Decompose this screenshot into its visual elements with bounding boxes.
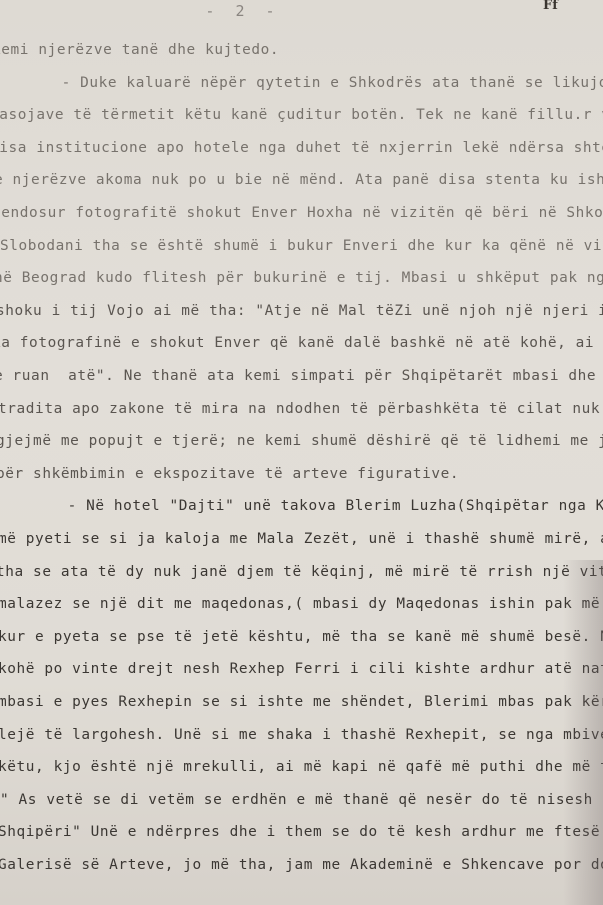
text-line: disa institucione apo hotele nga duhet t… [0, 141, 603, 155]
text-line: për shkëmbimin e ekspozitave të arteve f… [0, 467, 459, 481]
text-line: lejë të largohesh. Unë si me shaka i tha… [0, 728, 603, 742]
text-line: e njerëzve akoma nuk po u bie në mënd. A… [0, 173, 603, 187]
text-line: gjejmë me popujt e tjerë; ne kemi shumë … [0, 434, 603, 448]
text-line: në Beograd kudo flitesh për bukurinë e t… [0, 271, 603, 285]
text-line: " As vetë se di vetëm se erdhën e më tha… [0, 793, 603, 807]
text-line: Shqipëri" Unë e ndërpres dhe i them se d… [0, 825, 603, 839]
text-line: malazez se një dit me maqedonas,( mbasi … [0, 597, 603, 611]
text-line: tha se ata të dy nuk janë djem të këqinj… [0, 565, 603, 579]
typewritten-page: - 2 - Ff kemi njerëzve tanë dhe kujtedo.… [0, 0, 603, 905]
text-line: më pyeti se si ja kaloja me Mala Zezët, … [0, 532, 603, 546]
handwritten-corner-mark: Ff [543, 0, 558, 13]
text-line: shoku i tij Vojo ai më tha: "Atje në Mal… [0, 304, 603, 318]
text-line: - Në hotel "Dajti" unë takova Blerim Luz… [12, 499, 603, 513]
text-line: ka fotografinë e shokut Enver që kanë da… [0, 336, 603, 350]
text-line: Galerisë së Arteve, jo më tha, jam me Ak… [0, 858, 603, 872]
text-line: Slobodani tha se është shumë i bukur Env… [0, 239, 603, 253]
text-line: pasojave të tërmetit këtu kanë çuditur b… [0, 108, 603, 122]
page-number: - 2 - [0, 2, 486, 20]
text-line: kur e pyeta se pse të jetë kështu, më th… [0, 630, 603, 644]
text-line: kemi njerëzve tanë dhe kujtedo. [0, 43, 279, 57]
text-line: tradita apo zakone të mira na ndodhen të… [0, 402, 603, 416]
text-line: këtu, kjo është një mrekulli, ai më kapi… [0, 760, 603, 774]
text-line: - Duke kaluarë nëpër qytetin e Shkodrës … [6, 76, 603, 90]
text-line: mbasi e pyes Rexhepin se si ishte me shë… [0, 695, 603, 709]
text-line: kohë po vinte drejt nesh Rexhep Ferri i … [0, 662, 603, 676]
text-line: e ruan atë". Ne thanë ata kemi simpati p… [0, 369, 603, 383]
text-line: vendosur fotografitë shokut Enver Hoxha … [0, 206, 603, 220]
